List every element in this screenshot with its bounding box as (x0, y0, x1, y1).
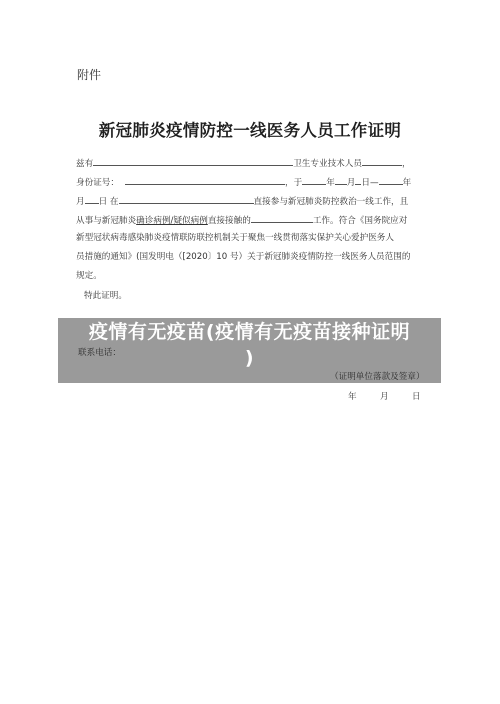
text: 月 (76, 197, 85, 207)
overlay-title: 疫情有无疫苗(疫情有无疫苗接种证明 ) (58, 319, 441, 371)
text: 身份证号： (76, 178, 119, 188)
date-month: 月 (380, 390, 389, 402)
attachment-label: 附件 (77, 66, 101, 83)
text: 直接接触的 (208, 216, 251, 226)
date-year: 年 (348, 390, 357, 402)
document-title: 新冠肺炎疫情防控一线医务人员工作证明 (0, 117, 500, 141)
document-page: 附件 新冠肺炎疫情防控一线医务人员工作证明 兹有卫生专业技术人员， 身份证号：，… (0, 0, 500, 704)
text: 卫生专业技术人员 (293, 159, 362, 169)
id-number-blank (125, 175, 285, 185)
body-line-6: 员措施的通知》(国发明电（[2020〕10 号）关于新冠肺炎疫情防控一线医务人员… (76, 251, 426, 263)
start-year-blank (302, 175, 326, 185)
text: 兹有 (76, 159, 93, 169)
name-blank (93, 156, 293, 166)
overlay-title-line-1: 疫情有无疫苗(疫情有无疫苗接种证明 (58, 319, 441, 345)
contact-type-underlined: 确诊病例/疑似病例 (136, 216, 208, 226)
text: 年 (403, 178, 412, 188)
text: 日 在 (99, 197, 119, 207)
date-day: 日 (412, 390, 421, 402)
title-blank (362, 156, 402, 166)
text: ， (402, 159, 411, 169)
text: 直接参与新冠肺炎防控救治一线工作，且 (254, 197, 409, 207)
body-line-7: 规定。 (76, 270, 426, 282)
text: 年 (326, 178, 335, 188)
text: ，于 (285, 178, 302, 188)
work-type-blank (251, 213, 313, 223)
body-line-2: 身份证号：，于年月日—年 (76, 175, 426, 189)
overlay-title-line-2: ) (58, 345, 441, 371)
end-year-blank (379, 175, 403, 185)
text: 工作。符合《国务院应对 (313, 216, 408, 226)
start-month-blank (335, 175, 347, 185)
text: 日— (361, 178, 378, 188)
text: 月 (347, 178, 356, 188)
workplace-blank (119, 194, 254, 204)
body-line-8: 特此证明。 (76, 290, 434, 302)
body-line-1: 兹有卫生专业技术人员， (76, 156, 426, 170)
body-line-3: 月日 在直接参与新冠肺炎防控救治一线工作，且 (76, 194, 426, 208)
end-day-blank (85, 194, 99, 204)
signature-note: （证明单位落款及签章） (330, 370, 425, 382)
text: 从事与新冠肺炎 (76, 216, 136, 226)
body-line-4: 从事与新冠肺炎确诊病例/疑似病例直接接触的工作。符合《国务院应对 (76, 213, 426, 227)
body-line-5: 新型冠状病毒感染肺炎疫情联防联控机制关于聚焦一线贯彻落实保护关心爱护医务人 (76, 232, 426, 244)
